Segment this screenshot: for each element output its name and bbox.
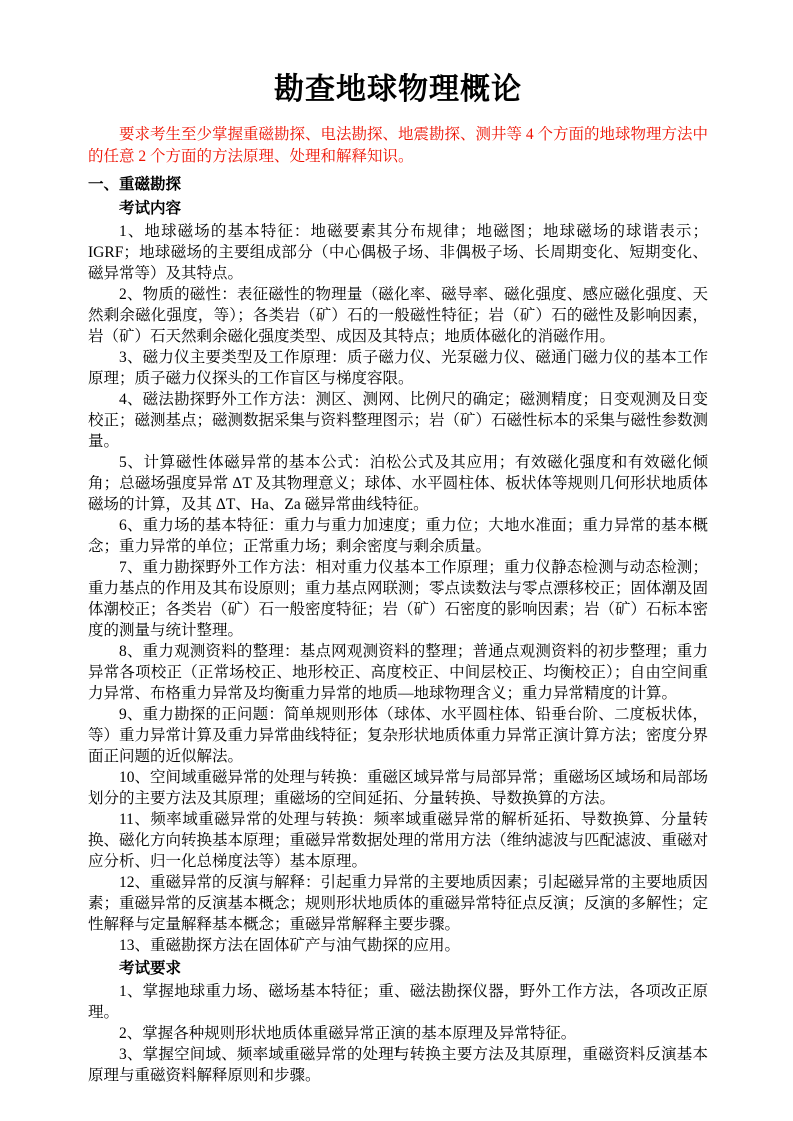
exam-content-item: 6、重力场的基本特征：重力与重力加速度；重力位；大地水准面；重力异常的基本概念；…: [88, 515, 708, 557]
document-page: 勘查地球物理概论 要求考生至少掌握重磁勘探、电法勘探、地震勘探、测井等 4 个方…: [0, 0, 793, 1121]
exam-content-item: 3、磁力仪主要类型及工作原理：质子磁力仪、光泵磁力仪、磁通门磁力仪的基本工作原理…: [88, 347, 708, 389]
exam-content-item: 1、地球磁场的基本特征：地磁要素其分布规律；地磁图；地球磁场的球谐表示；IGRF…: [88, 221, 708, 284]
exam-content-item: 7、重力勘探野外工作方法：相对重力仪基本工作原理；重力仪静态检测与动态检测；重力…: [88, 557, 708, 641]
page-title: 勘查地球物理概论: [88, 70, 708, 110]
exam-content-item: 2、物质的磁性：表征磁性的物理量（磁化率、磁导率、磁化强度、感应磁化强度、天然剩…: [88, 284, 708, 347]
exam-requirement-item: 2、掌握各种规则形状地质体重磁异常正演的基本原理及异常特征。: [88, 1023, 708, 1044]
exam-content-item: 9、重力勘探的正问题：简单规则形体（球体、水平圆柱体、铅垂台阶、二度板状体，等）…: [88, 704, 708, 767]
exam-requirements-heading: 考试要求: [119, 958, 708, 979]
exam-content-item: 13、重磁勘探方法在固体矿产与油气勘探的应用。: [88, 935, 708, 956]
exam-content-item: 8、重力观测资料的整理：基点网观测资料的整理；普通点观测资料的初步整理；重力异常…: [88, 641, 708, 704]
exam-content-item: 4、磁法勘探野外工作方法：测区、测网、比例尺的确定；磁测精度；日变观测及日变校正…: [88, 389, 708, 452]
document-content: 勘查地球物理概论 要求考生至少掌握重磁勘探、电法勘探、地震勘探、测井等 4 个方…: [88, 70, 708, 1086]
exam-content-item: 5、计算磁性体磁异常的基本公式：泊松公式及其应用；有效磁化强度和有效磁化倾角；总…: [88, 452, 708, 515]
exam-content-item: 11、频率域重磁异常的处理与转换：频率域重磁异常的解析延拓、导数换算、分量转换、…: [88, 809, 708, 872]
exam-content-heading: 考试内容: [119, 198, 708, 219]
page-number: 1: [0, 1045, 793, 1061]
exam-content-item: 10、空间域重磁异常的处理与转换：重磁区域异常与局部异常；重磁场区域场和局部场划…: [88, 767, 708, 809]
exam-notice: 要求考生至少掌握重磁勘探、电法勘探、地震勘探、测井等 4 个方面的地球物理方法中…: [88, 124, 708, 168]
exam-requirement-item: 1、掌握地球重力场、磁场基本特征；重、磁法勘探仪器，野外工作方法，各项改正原理。: [88, 981, 708, 1023]
section-heading: 一、重磁勘探: [88, 174, 708, 196]
exam-content-item: 12、重磁异常的反演与解释：引起重力异常的主要地质因素；引起磁异常的主要地质因素…: [88, 872, 708, 935]
